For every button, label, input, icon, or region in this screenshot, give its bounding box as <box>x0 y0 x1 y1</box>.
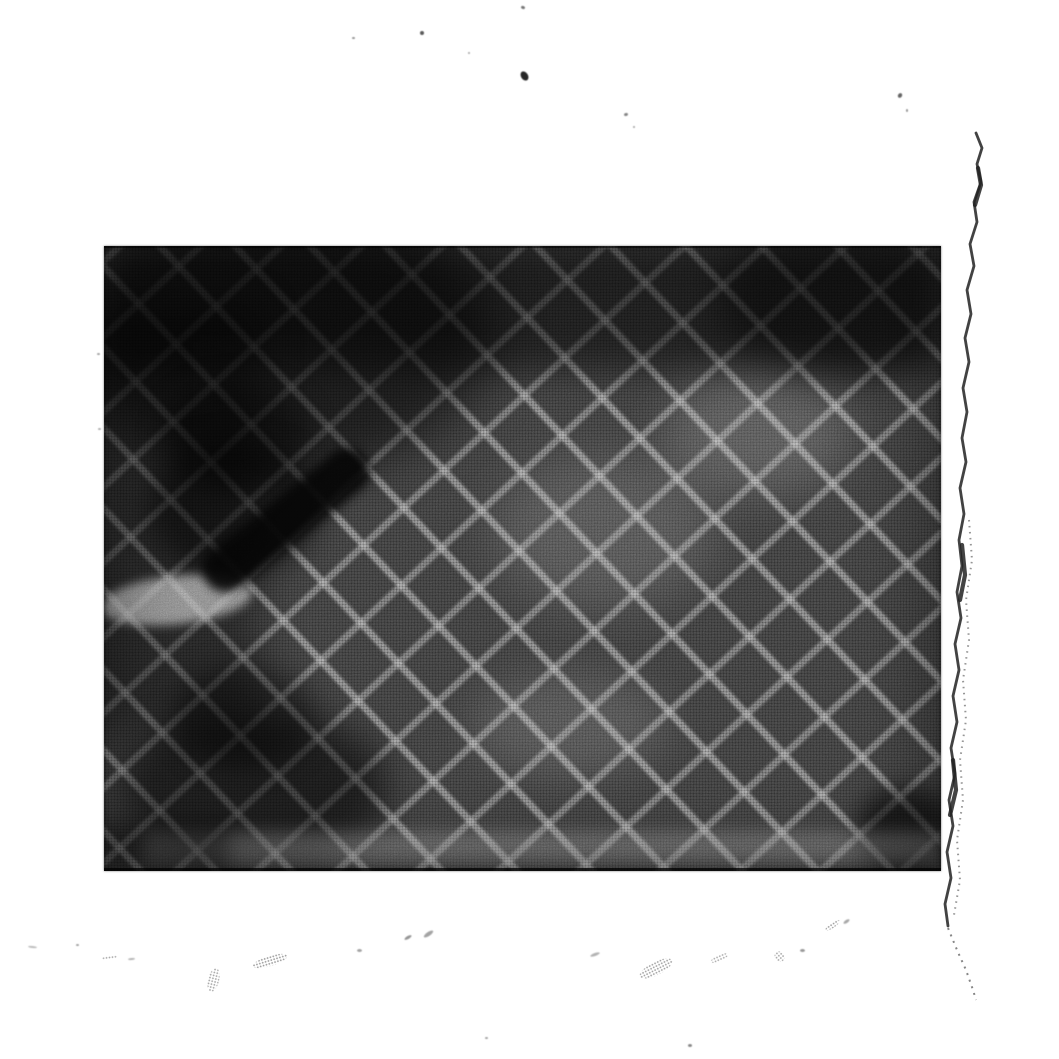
scan-speck <box>28 946 37 949</box>
scan-speck <box>906 109 908 112</box>
zone-light-patch <box>104 568 254 632</box>
scan-speck <box>519 70 530 82</box>
zone-bottom-right-dark <box>856 788 941 871</box>
torn-edge-accent-low <box>950 760 956 815</box>
scan-speck <box>357 949 362 952</box>
scan-speck <box>97 353 100 355</box>
scan-speck <box>205 967 221 993</box>
scan-speck <box>633 126 635 128</box>
scan-speck <box>800 949 805 952</box>
fence-photo <box>104 246 941 871</box>
torn-edge-speckle-line <box>954 520 972 915</box>
zone-bottom-left-dark <box>122 714 387 864</box>
zone-left-dark-column <box>104 306 259 736</box>
scanned-page <box>0 0 1059 1059</box>
scan-canvas: { "meta": { "description": "Scanned page… <box>0 0 1059 1059</box>
scan-speck <box>824 919 841 933</box>
scan-speck <box>128 958 135 961</box>
grain-rect <box>104 246 941 871</box>
zone-top-left-dark <box>104 246 494 476</box>
torn-edge-main-line <box>945 133 982 926</box>
scan-speck <box>76 944 79 946</box>
zone-dark-streak <box>193 439 379 602</box>
scan-speck <box>468 52 470 54</box>
scan-speck <box>688 1044 692 1047</box>
scan-speck <box>352 37 355 39</box>
zone-center-light-1 <box>494 456 714 606</box>
scan-speck <box>485 1037 488 1039</box>
scan-speck <box>897 92 903 98</box>
torn-edge-accent-top <box>975 168 981 205</box>
zone-top-dark-band <box>104 246 941 371</box>
zone-bottom-strip-light <box>144 832 941 864</box>
scan-speck <box>420 31 424 35</box>
halftone-grain-overlay <box>104 246 941 871</box>
scan-speck <box>590 951 600 957</box>
scan-speck <box>773 949 787 963</box>
scan-speck <box>423 929 434 938</box>
scan-speck <box>521 5 526 9</box>
torn-edge-accent-mid <box>960 545 965 600</box>
scan-speck <box>404 934 412 941</box>
scan-speck <box>102 955 117 960</box>
scan-speck <box>710 951 730 964</box>
torn-edge-trail <box>948 928 976 1000</box>
zone-center-light-3 <box>472 674 667 774</box>
scan-speck <box>624 113 629 117</box>
zone-upper-mid-left-dark <box>162 381 312 491</box>
zone-top-right-dark <box>719 246 941 376</box>
scan-speck <box>843 918 850 924</box>
zone-center-light-2 <box>664 374 849 494</box>
zone-bottom-left-dark-2 <box>172 664 317 769</box>
zone-bottom-strip-left-dark <box>104 822 229 871</box>
zone-mid-left-dark <box>146 441 321 576</box>
scan-speck <box>251 951 288 971</box>
scan-speck <box>98 428 101 430</box>
scan-speck <box>637 955 675 983</box>
